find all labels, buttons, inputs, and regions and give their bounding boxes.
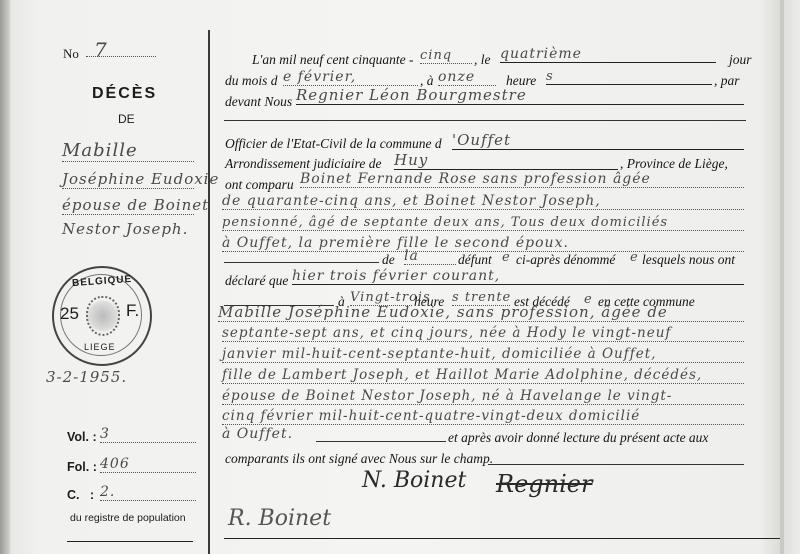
- record-number-value: 7: [86, 38, 156, 57]
- deceased-line-6: cinq février mil-huit-cent-quatre-vingt-…: [222, 408, 744, 425]
- arrondissement-prefix: Arrondissement judiciaire de: [225, 156, 381, 172]
- fol-label: Fol. :: [67, 460, 97, 474]
- separator-rule: [224, 120, 746, 121]
- day-suffix: jour: [729, 52, 752, 68]
- deceased-spouse-line1: épouse de Boinet: [62, 196, 194, 215]
- relation-of-label: de: [382, 252, 395, 268]
- coat-of-arms-icon: [86, 296, 120, 336]
- document-title: DÉCÈS: [92, 85, 157, 103]
- stamp-value: 25: [60, 304, 79, 324]
- stamp-date: 3-2-1955.: [46, 368, 127, 386]
- closing-line-2: comparants ils ont signé avec Nous sur l…: [225, 451, 493, 467]
- register-note: du registre de population: [70, 512, 186, 524]
- hereafter-label: ci-après dénommé: [516, 252, 615, 268]
- commune-prefix: Officier de l'Etat-Civil de la commune d: [225, 136, 442, 152]
- column-divider: [208, 30, 210, 554]
- deceased-firstnames: Joséphine Eudoxie: [62, 170, 194, 189]
- closing-line-1: et après avoir donné lecture du présent …: [448, 430, 708, 446]
- signature-r-boinet: R. Boinet: [228, 506, 331, 531]
- closing-blank: [316, 441, 446, 442]
- deceased-line-1: Mabille Joséphine Eudoxie, sans professi…: [218, 303, 744, 322]
- deceased-line-2: septante-sept ans, et cinq jours, née à …: [222, 325, 744, 342]
- deceased-line-4: fille de Lambert Joseph, et Haillot Mari…: [222, 367, 744, 384]
- page-edge: [780, 0, 784, 554]
- before-us-label: devant Nous: [225, 94, 292, 110]
- appeared-line-3: pensionné, âgé de septante deux ans, Tou…: [222, 215, 744, 231]
- fol-value: 406: [100, 456, 196, 473]
- deceased-line-3: janvier mil-huit-cent-septante-huit, dom…: [222, 346, 744, 363]
- day-value: quatrième: [500, 46, 716, 63]
- commune-value: 'Ouffet: [452, 131, 744, 150]
- officer-name: Regnier Léon Bourgmestre: [296, 86, 744, 105]
- signature-officer: Regnier: [496, 470, 592, 498]
- appeared-label: ont comparu: [225, 177, 294, 193]
- gender-suffix-1: e: [502, 250, 511, 265]
- who-declared-label: lesquels nous ont: [642, 252, 735, 268]
- stamp-currency: F.: [126, 301, 139, 321]
- gender-suffix-2: e: [630, 250, 639, 265]
- relation-blank: [224, 262, 379, 263]
- appeared-line-1: Boinet Fernande Rose sans profession âgé…: [300, 171, 744, 188]
- document-subtitle: DE: [118, 112, 135, 126]
- year-value: cinq: [420, 48, 472, 64]
- deceased-spouse-line2: Nestor Joseph.: [62, 220, 194, 238]
- province-label: , Province de Liège,: [620, 156, 728, 172]
- hour-plural: s: [546, 69, 712, 85]
- day-connector: , le: [474, 52, 491, 68]
- bottom-rule: [224, 538, 780, 539]
- deceased-line-7: à Ouffet.: [222, 426, 293, 442]
- declared-label: déclaré que: [225, 273, 288, 289]
- c-label: C. :: [67, 488, 94, 502]
- vol-label: Vol. :: [67, 430, 97, 444]
- deceased-surname: Mabille: [62, 140, 194, 162]
- register-rule: [67, 541, 193, 542]
- closing-rule: [488, 464, 744, 465]
- relation-article: la: [404, 248, 456, 265]
- month-value: e février,: [283, 69, 418, 86]
- death-certificate-page: No 7 DÉCÈS DE Mabille Joséphine Eudoxie …: [0, 0, 800, 554]
- record-number-label: No: [63, 46, 79, 62]
- appeared-line-2: de quarante-cinq ans, et Boinet Nestor J…: [222, 193, 744, 210]
- stamp-city: LIEGE: [84, 342, 116, 352]
- signature-n-boinet: N. Boinet: [362, 468, 466, 493]
- arrondissement-value: Huy: [394, 151, 618, 170]
- c-value: 2.: [100, 484, 196, 501]
- year-prefix: L'an mil neuf cent cinquante -: [252, 52, 413, 68]
- hour-value: onze: [438, 69, 496, 86]
- appeared-line-4: à Ouffet, la première fille le second ép…: [222, 235, 744, 252]
- declared-date: hier trois février courant,: [292, 268, 744, 285]
- fiscal-stamp: BELGIQUE 25 F. LIEGE: [52, 266, 152, 366]
- page-binding: [0, 0, 10, 554]
- deceased-label: défunt: [458, 252, 492, 268]
- deceased-line-5: épouse de Boinet Nestor Joseph, né à Hav…: [222, 388, 744, 405]
- vol-value: 3: [100, 426, 196, 443]
- month-prefix: du mois d: [225, 73, 278, 89]
